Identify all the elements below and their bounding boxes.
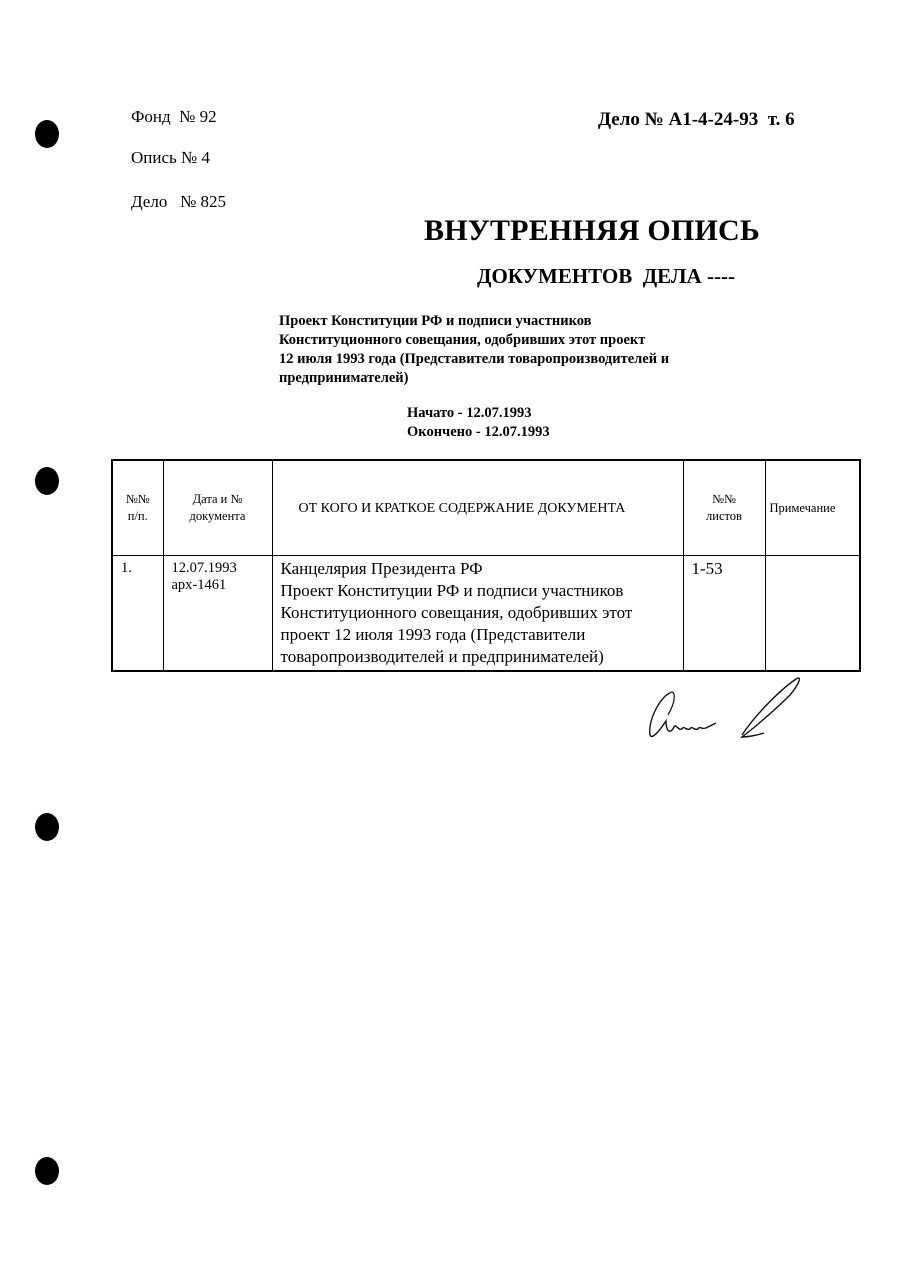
cell-date: 12.07.1993 арх-1461: [163, 556, 272, 672]
table-header-row: №№ п/п. Дата и № документа ОТ КОГО И КРА…: [112, 460, 860, 556]
description-line: Проект Конституции РФ и подписи участник…: [279, 312, 719, 331]
binder-hole: [35, 813, 59, 841]
document-number: арх-1461: [172, 577, 272, 594]
cell-number: 1.: [112, 556, 163, 672]
case-dates: Начато - 12.07.1993 Окончено - 12.07.199…: [407, 404, 550, 442]
cell-note: [765, 556, 860, 672]
document-title: ВНУТРЕННЯЯ ОПИСЬ: [424, 214, 760, 248]
header-note: Примечание: [765, 460, 860, 556]
cell-content: Канцелярия Президента РФ Проект Конститу…: [272, 556, 683, 672]
header-number: №№ п/п.: [112, 460, 163, 556]
header-sheets: №№ листов: [683, 460, 765, 556]
header-content: ОТ КОГО И КРАТКОЕ СОДЕРЖАНИЕ ДОКУМЕНТА: [272, 460, 683, 556]
binder-hole: [35, 1157, 59, 1185]
case-reference: Дело № А1-4-24-93 т. 6: [598, 109, 795, 131]
description-line: 12 июля 1993 года (Представители товароп…: [279, 350, 719, 369]
document-date: 12.07.1993: [172, 560, 272, 577]
binder-hole: [35, 467, 59, 495]
signature-icon: [640, 675, 810, 750]
case-description: Проект Конституции РФ и подписи участник…: [279, 312, 719, 388]
description-line: Конституционного совещания, одобривших э…: [279, 331, 719, 350]
opis-number: Опись № 4: [131, 148, 210, 168]
date-started: Начато - 12.07.1993: [407, 404, 550, 423]
cell-sheets: 1-53: [683, 556, 765, 672]
table-row: 1. 12.07.1993 арх-1461 Канцелярия Презид…: [112, 556, 860, 672]
description-line: предпринимателей): [279, 369, 719, 388]
binder-hole: [35, 120, 59, 148]
header-date: Дата и № документа: [163, 460, 272, 556]
date-finished: Окончено - 12.07.1993: [407, 423, 550, 442]
delo-number: Дело № 825: [131, 192, 226, 212]
fond-number: Фонд № 92: [131, 107, 217, 127]
document-subtitle: ДОКУМЕНТОВ ДЕЛА ----: [477, 264, 735, 289]
inventory-table: №№ п/п. Дата и № документа ОТ КОГО И КРА…: [111, 459, 861, 672]
